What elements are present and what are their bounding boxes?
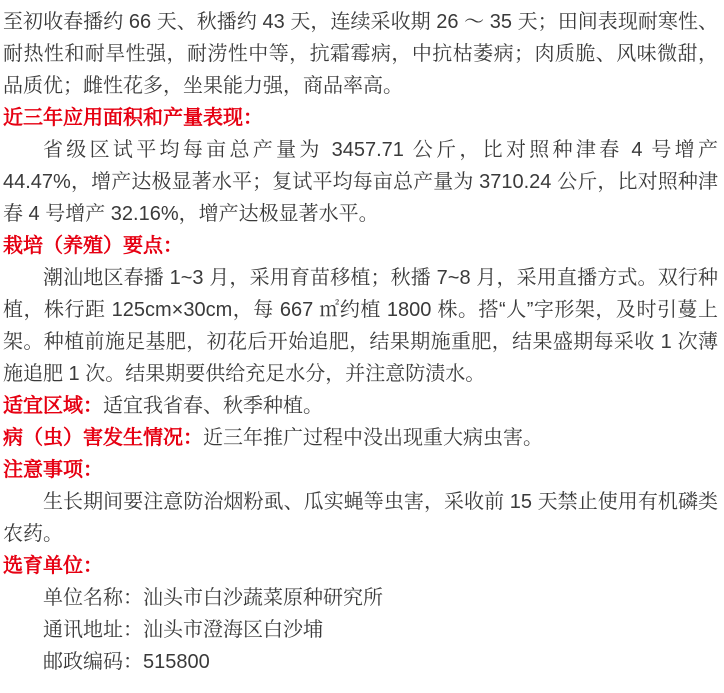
suitable-region-label: 适宜区域： xyxy=(3,395,103,417)
section-heading-breeder: 选育单位： xyxy=(3,550,718,582)
breeder-name-line: 单位名称：汕头市白沙蔬菜原种研究所 xyxy=(3,582,718,614)
breeder-zip-label: 邮政编码： xyxy=(43,651,143,673)
paragraph-notes: 生长期间要注意防治烟粉虱、瓜实蝇等虫害，采收前 15 天禁止使用有机磷类农药。 xyxy=(3,486,718,550)
section-heading-cultivation: 栽培（养殖）要点： xyxy=(3,230,718,262)
breeder-name-label: 单位名称： xyxy=(43,587,143,609)
breeder-address-line: 通讯地址：汕头市澄海区白沙埔 xyxy=(3,614,718,646)
disease-occurrence-text: 近三年推广过程中没出现重大病虫害。 xyxy=(203,427,543,449)
breeder-address-label: 通讯地址： xyxy=(43,619,143,641)
breeder-zip-value: 515800 xyxy=(143,651,210,673)
document-body: 至初收春播约 66 天、秋播约 43 天，连续采收期 26 ～ 35 天；田间表… xyxy=(0,0,724,693)
disease-occurrence-label: 病（虫）害发生情况： xyxy=(3,427,203,449)
line-suitable-region: 适宜区域：适宜我省春、秋季种植。 xyxy=(3,390,718,422)
section-heading-notes: 注意事项： xyxy=(3,454,718,486)
section-heading-yield: 近三年应用面积和产量表现： xyxy=(3,102,718,134)
breeder-address-value: 汕头市澄海区白沙埔 xyxy=(143,619,323,641)
breeder-name-value: 汕头市白沙蔬菜原种研究所 xyxy=(143,587,383,609)
line-disease-occurrence: 病（虫）害发生情况：近三年推广过程中没出现重大病虫害。 xyxy=(3,422,718,454)
paragraph-cultivation: 潮汕地区春播 1~3 月，采用育苗移植；秋播 7~8 月，采用直播方式。双行种植… xyxy=(3,262,718,390)
paragraph-intro: 至初收春播约 66 天、秋播约 43 天，连续采收期 26 ～ 35 天；田间表… xyxy=(3,6,718,102)
suitable-region-text: 适宜我省春、秋季种植。 xyxy=(103,395,323,417)
breeder-zip-line: 邮政编码：515800 xyxy=(3,646,718,678)
paragraph-yield: 省级区试平均每亩总产量为 3457.71 公斤，比对照种津春 4 号增产 44.… xyxy=(3,134,718,230)
